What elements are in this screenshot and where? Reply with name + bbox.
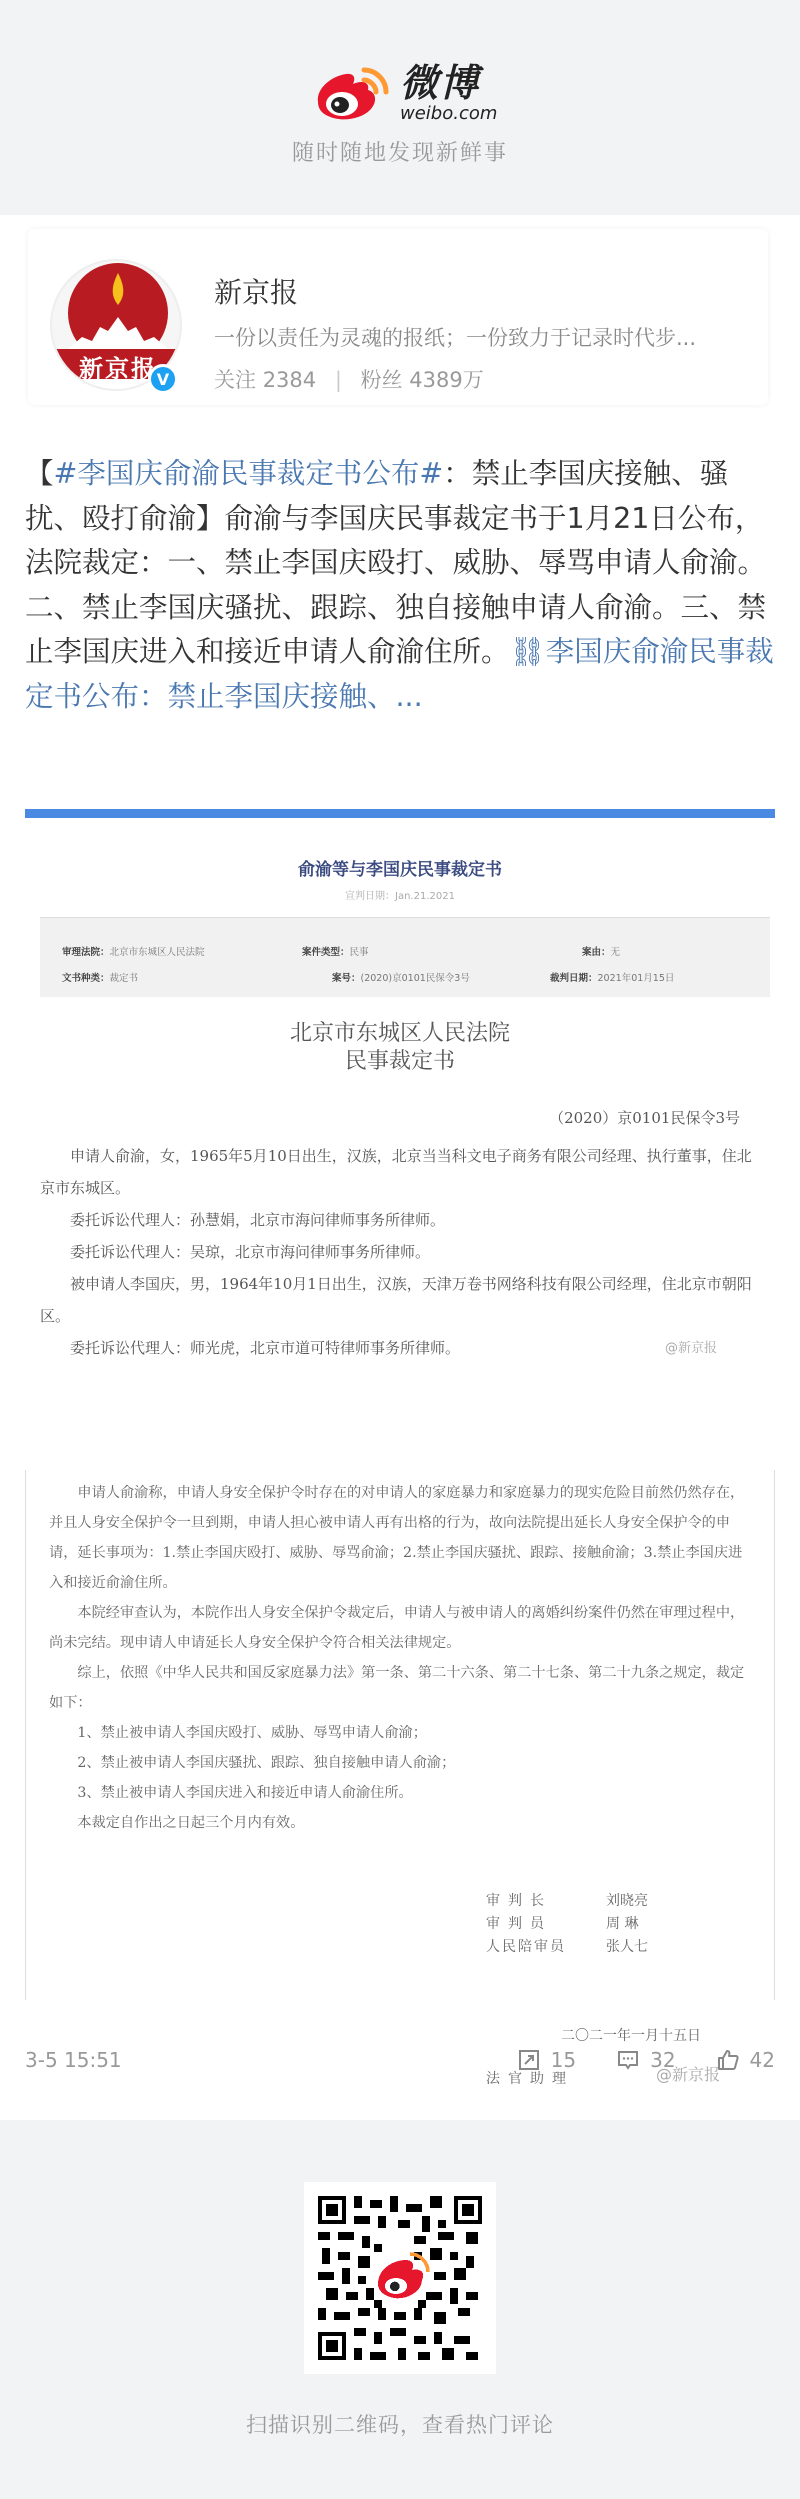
case-number: （2020）京0101民保令3号 <box>549 1107 740 1128</box>
meta-value: 无 <box>611 947 621 958</box>
meta-value: 裁定书 <box>110 973 139 984</box>
meta-value: (2020)京0101民保令3号 <box>361 973 470 984</box>
doc-court-heading: 北京市东城区人民法院 民事裁定书 <box>25 1020 775 1076</box>
comment-count: 32 <box>650 2048 675 2072</box>
weibo-logo: 微博 weibo.com <box>312 62 497 124</box>
doc-page-2: 申请人俞渝称，申请人身安全保护令时存在的对申请人的家庭暴力和家庭暴力的现实危险目… <box>25 1470 775 2000</box>
signature-role: 审判员 <box>486 1913 606 1933</box>
watermark: @新京报 <box>665 1337 717 1356</box>
meta-label: 审理法院： <box>62 947 110 958</box>
doc-title: 俞渝等与李国庆民事裁定书 <box>25 855 775 880</box>
doc-ruling-item: 2、禁止被申请人李国庆骚扰、跟踪、独自接触申请人俞渝； <box>49 1748 749 1778</box>
slogan: 随时随地发现新鲜事 <box>0 136 800 167</box>
doc-party: 委托诉讼代理人：吴琼，北京市海问律师事务所律师。 <box>40 1236 760 1268</box>
post-time: 3-5 15:51 <box>25 2048 122 2072</box>
court-name: 北京市东城区人民法院 <box>25 1020 775 1048</box>
signature-name: 周 琳 <box>606 1916 638 1932</box>
profile-card[interactable]: 新京报 V 新京报 一份以责任为灵魂的报纸；一份致力于记录时代步... 关注 2… <box>28 229 768 405</box>
meta-label: 裁判日期： <box>550 973 598 984</box>
repost-count: 15 <box>551 2048 576 2072</box>
meta-label: 案由： <box>582 947 611 958</box>
doc-party: 申请人俞渝，女，1965年5月10日出生，汉族，北京当当科文电子商务有限公司经理… <box>40 1140 760 1204</box>
weibo-eye-icon <box>312 62 394 124</box>
qr-code[interactable] <box>304 2182 496 2374</box>
doc-meta-box: 审理法院：北京市东城区人民法院 案件类型：民事 案由：无 文书种类：裁定书 案号… <box>40 917 770 997</box>
post-text: 【#李国庆俞渝民事裁定书公布#：禁止李国庆接触、骚扰、殴打俞渝】俞渝与李国庆民事… <box>25 452 780 719</box>
doc-ruling-item: 1、禁止被申请人李国庆殴打、威胁、辱骂申请人俞渝； <box>49 1718 749 1748</box>
thumbs-up-icon <box>716 2048 740 2072</box>
repost-button[interactable]: 15 <box>517 2048 576 2072</box>
followers-label: 粉丝 <box>361 368 403 392</box>
signature-role: 人民陪审员 <box>486 1936 606 1956</box>
doc-paragraph: 综上，依照《中华人民共和国反家庭暴力法》第一条、第二十六条、第二十七条、第二十九… <box>49 1658 749 1718</box>
signature-row: 人民陪审员张人七 <box>486 1936 648 1956</box>
post-image[interactable]: 俞渝等与李国庆民事裁定书 宣判日期：Jan.21.2021 审理法院：北京市东城… <box>25 805 775 2000</box>
meta-value: 民事 <box>350 947 369 958</box>
meta-value: 2021年01月15日 <box>598 973 675 984</box>
profile-stats: 关注 2384 | 粉丝 4389万 <box>214 364 484 394</box>
comment-icon <box>616 2048 640 2072</box>
signature-row: 审判长刘晓亮 <box>486 1890 648 1910</box>
doc-party: 委托诉讼代理人：师光虎，北京市道可特律师事务所律师。 <box>40 1332 760 1364</box>
doc-publish-date: 宣判日期：Jan.21.2021 <box>25 887 775 902</box>
like-count: 42 <box>750 2048 775 2072</box>
hashtag-link[interactable]: #李国庆俞渝民事裁定书公布# <box>54 457 444 490</box>
profile-name[interactable]: 新京报 <box>214 271 298 311</box>
meta-label: 案件类型： <box>302 947 350 958</box>
like-button[interactable]: 42 <box>716 2048 775 2072</box>
logo-domain: weibo.com <box>400 104 497 124</box>
logo-text: 微博 <box>400 62 497 104</box>
share-area: 扫描识别二维码，查看热门评论 <box>0 2120 800 2499</box>
meta-label: 文书种类： <box>62 973 110 984</box>
stats-divider: | <box>335 368 342 392</box>
post-footer: 3-5 15:51 15 32 42 <box>25 2048 775 2078</box>
doc-paragraph: 本院经审查认为，本院作出人身安全保护令裁定后，申请人与被申请人的离婚纠纷案件仍然… <box>49 1598 749 1658</box>
doc-party: 被申请人李国庆，男，1964年10月1日出生，汉族，天津万卷书网络科技有限公司经… <box>40 1268 760 1332</box>
link-icon[interactable]: ⛓ <box>510 635 546 668</box>
post-card: 新京报 V 新京报 一份以责任为灵魂的报纸；一份致力于记录时代步... 关注 2… <box>0 215 800 2120</box>
sign-date: 二〇二一年一月十五日 <box>561 2025 701 2045</box>
bracket-open: 【 <box>25 457 54 490</box>
signature-role: 审判长 <box>486 1890 606 1910</box>
repost-icon <box>517 2048 541 2072</box>
weibo-center-icon <box>378 2254 428 2298</box>
doc-party: 委托诉讼代理人：孙慧娟，北京市海问律师事务所律师。 <box>40 1204 760 1236</box>
following-label: 关注 <box>214 368 256 392</box>
image-top-bar <box>25 809 775 818</box>
header: 微博 weibo.com 随时随地发现新鲜事 <box>0 0 800 215</box>
post-actions: 15 32 42 <box>517 2048 775 2072</box>
followers-count: 4389万 <box>409 368 483 392</box>
doc-paragraph: 本裁定自作出之日起三个月内有效。 <box>49 1808 749 1838</box>
following-count: 2384 <box>263 368 316 392</box>
verified-v-icon: V <box>148 364 178 394</box>
comment-button[interactable]: 32 <box>616 2048 675 2072</box>
signature-name: 张人七 <box>606 1939 648 1955</box>
doc-ruling-item: 3、禁止被申请人李国庆进入和接近申请人俞渝住所。 <box>49 1778 749 1808</box>
doc-kind: 民事裁定书 <box>25 1048 775 1076</box>
profile-description: 一份以责任为灵魂的报纸；一份致力于记录时代步... <box>214 322 696 352</box>
meta-label: 案号： <box>332 973 361 984</box>
doc-paragraph: 申请人俞渝称，申请人身安全保护令时存在的对申请人的家庭暴力和家庭暴力的现实危险目… <box>49 1478 749 1598</box>
meta-value: 北京市东城区人民法院 <box>110 947 205 958</box>
qr-caption: 扫描识别二维码，查看热门评论 <box>0 2409 800 2439</box>
signature-row: 审判员周 琳 <box>486 1913 638 1933</box>
signature-name: 刘晓亮 <box>606 1893 648 1909</box>
